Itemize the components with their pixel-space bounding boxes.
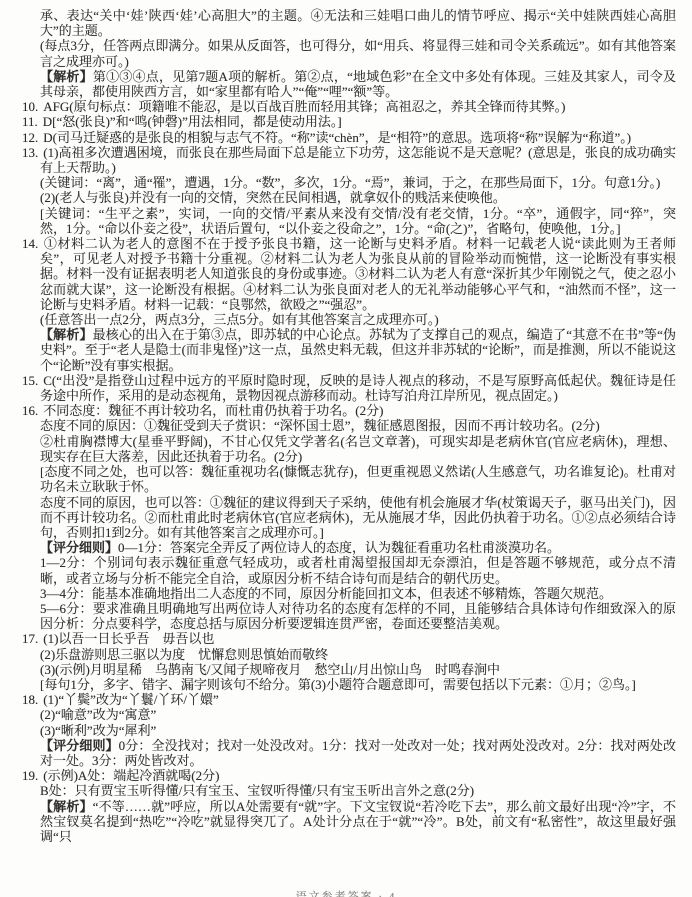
item-number: 19. — [22, 768, 43, 783]
item-paragraph: 3—4分：能基本准确地指出二人态度的不同，原因分析能回扣文本，但表述不够精炼，答… — [22, 586, 676, 601]
item-paragraph: 5—6分：要求准确且明确地写出两位诗人对待功名的态度有怎样的不同，且能够结合具体… — [22, 601, 676, 631]
page-footer: 语文参考答案 · 4 — [0, 890, 692, 897]
item-text: (1)“丫鬓”改为“丫鬟/丫环/丫嬛” — [43, 692, 218, 707]
item-paragraph: 1—2分：个别词句表示魏征重意气轻成功，或者杜甫渴望报国却无奈漂泊，但是答题不够… — [22, 555, 676, 585]
item-paragraph: 14.①材料二认为老人的意图不在于授予张良书籍，这一论断与史料矛盾。材料一记载老… — [22, 236, 676, 312]
item-paragraph: 12.D(司马迁疑惑的是张良的相貌与志气不符。“称”读“chèn”，是“相符”的… — [22, 130, 676, 145]
document-page: 承、表达“关中‘娃’陕西‘娃’心高胆大”的主题。④无法和三娃唱口曲儿的情节呼应、… — [0, 0, 692, 897]
item-paragraph: 【评分细则】0分：全没找对；找对一处没改对。1分：找对一处改对一处；找对两处没改… — [22, 738, 676, 768]
item-number: 16. — [22, 403, 43, 418]
section-label: 【解析】 — [40, 327, 93, 342]
answer-item: 19.(示例)A处：端起冷酒就喝(2分)B处：只有贾宝玉听得懂/只有宝玉、宝钗听… — [22, 768, 676, 844]
answer-item: 承、表达“关中‘娃’陕西‘娃’心高胆大”的主题。④无法和三娃唱口曲儿的情节呼应、… — [22, 8, 676, 99]
item-paragraph: (2)(老人与张良)并没有一向的交情，突然在民间相遇，就拿奴仆的贱活来使唤他。 — [22, 190, 676, 205]
item-paragraph: 【评分细则】0—1分：答案完全弄反了两位诗人的态度，认为魏征看重功名杜甫淡漠功名… — [22, 540, 676, 555]
item-paragraph: 10.AFG(原句标点：项籍唯不能忍，是以百战百胜而轻用其锋；高祖忍之，养其全锋… — [22, 99, 676, 114]
answer-item: 16.不同态度：魏征不再计较功名，而杜甫仍执着于功名。(2分)态度不同的原因：①… — [22, 403, 676, 631]
section-label: 【评分细则】 — [40, 540, 118, 555]
item-text: AFG(原句标点：项籍唯不能忍，是以百战百胜而轻用其锋；高祖忍之，养其全锋而待其… — [43, 99, 565, 114]
item-paragraph: (2)“喻意”改为“寓意” — [22, 707, 676, 722]
section-label: 【解析】 — [40, 69, 93, 84]
item-paragraph: 18.(1)“丫鬓”改为“丫鬟/丫环/丫嬛” — [22, 692, 676, 707]
item-text: D(司马迁疑惑的是张良的相貌与志气不符。“称”读“chèn”，是“相符”的意思。… — [43, 130, 631, 145]
answer-item: 10.AFG(原句标点：项籍唯不能忍，是以百战百胜而轻用其锋；高祖忍之，养其全锋… — [22, 99, 676, 114]
item-paragraph: [每句1分，多字、错字、漏字则该句不给分。第(3)小题符合题意即可，需要包括以下… — [22, 677, 676, 692]
item-paragraph: 承、表达“关中‘娃’陕西‘娃’心高胆大”的主题。④无法和三娃唱口曲儿的情节呼应、… — [22, 8, 676, 38]
item-paragraph: [态度不同之处，也可以答：魏征重视功名(慷慨志犹存)，但更重视恩义然诺(人生感意… — [22, 464, 676, 494]
item-number: 12. — [22, 130, 43, 145]
item-paragraph: 【解析】最核心的出入在于第③点，即苏轼的中心论点。苏轼为了支撑自己的观点，编造了… — [22, 327, 676, 373]
item-text: (1)以吾一日长乎吾 毋吾以也 — [43, 631, 214, 646]
answer-item: 17.(1)以吾一日长乎吾 毋吾以也(2)乐盘游则思三驱以为度 忧懈怠则思慎始而… — [22, 631, 676, 692]
item-text: ①材料二认为老人的意图不在于授予张良书籍，这一论断与史料矛盾。材料一记载老人说“… — [40, 236, 676, 312]
item-number: 17. — [22, 631, 43, 646]
item-paragraph: 【解析】第①③④点，见第7题A项的解析。第②点，“地域色彩”在全文中多处有体现。… — [22, 69, 676, 99]
answer-item: 12.D(司马迁疑惑的是张良的相貌与志气不符。“称”读“chèn”，是“相符”的… — [22, 130, 676, 145]
item-text: (示例)A处：端起冷酒就喝(2分) — [43, 768, 219, 783]
item-paragraph: (任意答出一点2分，两点3分，三点5分。如有其他答案言之成理亦可。) — [22, 312, 676, 327]
item-text: D[“怒(张良)”和“鸣(钟磬)”用法相同，都是使动用法。] — [43, 114, 342, 129]
item-number: 15. — [22, 373, 43, 388]
item-text: C(“出没”是指登山过程中远方的平原时隐时现，反映的是诗人视点的移动，不是写原野… — [40, 373, 676, 403]
answer-item: 18.(1)“丫鬓”改为“丫鬟/丫环/丫嬛”(2)“喻意”改为“寓意”(3)“晰… — [22, 692, 676, 768]
item-paragraph: 13.(1)高祖多次遭遇困境，而张良在那些局面下总是能立下功劳，这怎能说不是天意… — [22, 145, 676, 175]
item-paragraph: ②杜甫胸襟博大(星垂平野阔)，不甘心仅凭文学著名(名岂文章著)，可现实却是老病休… — [22, 434, 676, 464]
item-paragraph: 态度不同的原因：①魏征受到天子赏识：“深怀国士恩”，魏征感恩图报，因而不再计较功… — [22, 418, 676, 433]
section-label: 【解析】 — [40, 799, 93, 814]
item-paragraph: 11.D[“怒(张良)”和“鸣(钟磬)”用法相同，都是使动用法。] — [22, 114, 676, 129]
item-paragraph: (3)“晰利”改为“犀利” — [22, 723, 676, 738]
answer-item: 15.C(“出没”是指登山过程中远方的平原时隐时现，反映的是诗人视点的移动，不是… — [22, 373, 676, 403]
item-text: (1)高祖多次遭遇困境，而张良在那些局面下总是能立下功劳，这怎能说不是天意呢？(… — [40, 145, 676, 175]
item-paragraph: (2)乐盘游则思三驱以为度 忧懈怠则思慎始而敬终 — [22, 647, 676, 662]
item-paragraph: (每点3分，任答两点即满分。如果从反面答，也可得分，如“用兵、将显得三娃和司令关… — [22, 38, 676, 68]
item-paragraph: 16.不同态度：魏征不再计较功名，而杜甫仍执着于功名。(2分) — [22, 403, 676, 418]
section-label: 【评分细则】 — [40, 738, 119, 753]
item-number: 18. — [22, 692, 43, 707]
item-paragraph: 15.C(“出没”是指登山过程中远方的平原时隐时现，反映的是诗人视点的移动，不是… — [22, 373, 676, 403]
item-paragraph: B处：只有贾宝玉听得懂/只有宝玉、宝钗听得懂/只有宝玉听出言外之意(2分) — [22, 783, 676, 798]
answer-item: 14.①材料二认为老人的意图不在于授予张良书籍，这一论断与史料矛盾。材料一记载老… — [22, 236, 676, 373]
item-number: 11. — [22, 114, 43, 129]
item-paragraph: 17.(1)以吾一日长乎吾 毋吾以也 — [22, 631, 676, 646]
item-paragraph: [关键词：“生平之素”，实词，一向的交情/平素从来没有交情/没有老交情，1分。“… — [22, 206, 676, 236]
item-paragraph: 【解析】“不等……就”呼应，所以A处需要有“就”字。下文宝钗说“若冷吃下去”，那… — [22, 799, 676, 845]
answer-item: 11.D[“怒(张良)”和“鸣(钟磬)”用法相同，都是使动用法。] — [22, 114, 676, 129]
item-number: 14. — [22, 236, 43, 251]
item-text: 不同态度：魏征不再计较功名，而杜甫仍执着于功名。(2分) — [43, 403, 383, 418]
item-paragraph: (3)(示例)月明星稀 乌鹊南飞/又闻子规啼夜月 愁空山/月出惊山鸟 时鸣春涧中 — [22, 662, 676, 677]
answers-list: 承、表达“关中‘娃’陕西‘娃’心高胆大”的主题。④无法和三娃唱口曲儿的情节呼应、… — [22, 8, 676, 844]
item-paragraph: (关键词：“离”，通“罹”，遭遇，1分。“数”，多次，1分。“焉”，兼词，于之，… — [22, 175, 676, 190]
item-number: 10. — [22, 99, 43, 114]
item-paragraph: 态度不同的原因，也可以答：①魏征的建议得到天子采纳，使他有机会施展才华(杖策谒天… — [22, 495, 676, 541]
item-number: 13. — [22, 145, 43, 160]
item-paragraph: 19.(示例)A处：端起冷酒就喝(2分) — [22, 768, 676, 783]
answer-item: 13.(1)高祖多次遭遇困境，而张良在那些局面下总是能立下功劳，这怎能说不是天意… — [22, 145, 676, 236]
